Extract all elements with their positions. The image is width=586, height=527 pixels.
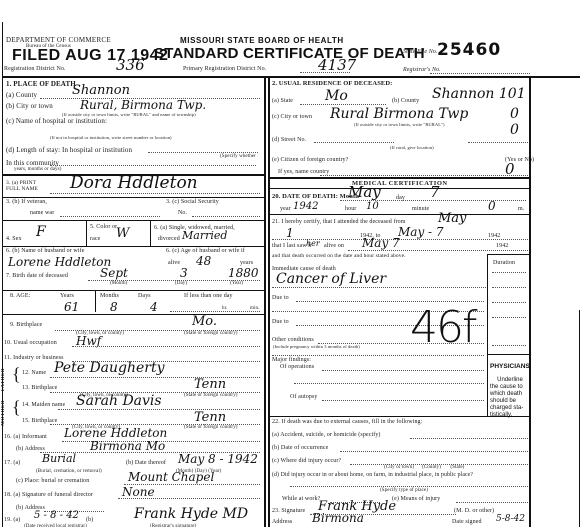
- birthplace-value: Mo.: [192, 314, 217, 329]
- residence-city-label: (c) City or town: [272, 114, 312, 120]
- immediate-cause-value: Cancer of Liver: [276, 271, 386, 287]
- registrar-signature-label: (b): [86, 517, 93, 523]
- informant-label: 16. (a) Informant: [4, 434, 47, 440]
- residence-street-note: (If rural, give location): [390, 145, 434, 150]
- color-value: W: [116, 226, 129, 241]
- birth-year-value: 1880: [228, 266, 259, 280]
- spouse-name-value: Lorene Hddleton: [8, 255, 111, 269]
- age-label: 8. AGE:: [10, 293, 30, 299]
- informant-value: Lorene Hddleton: [64, 426, 167, 440]
- date-of-death-year: 1942: [293, 201, 318, 212]
- burial-place-label: (c) Place: burial or cremation: [16, 478, 89, 484]
- certificate-title: STANDARD CERTIFICATE OF DEATH: [154, 45, 425, 62]
- birth-month-value: Sept: [100, 266, 128, 280]
- date-signed-value: 5-8-42: [496, 514, 525, 524]
- stay-note: (Specify whether: [220, 154, 256, 159]
- age-years-label: Years: [60, 293, 74, 299]
- hospital-label: (c) Name of hospital or institution:: [6, 117, 107, 125]
- operations-label: Of operations: [280, 364, 314, 370]
- mother-maiden-name-value: Sarah Davis: [76, 393, 162, 409]
- mother-birthplace-caption-state: (State or foreign country): [184, 425, 238, 430]
- marital-status-value: Married: [182, 229, 227, 242]
- hr-label: hr.: [222, 306, 227, 311]
- while-at-work-label: While at work?: [282, 496, 320, 502]
- foreign-citizen-label: (e) Citizen of foreign country?: [272, 157, 348, 163]
- date-of-death-minute-label: minute: [412, 206, 429, 212]
- color-label: 5. Color or: [90, 224, 117, 230]
- last-saw-year: 1942: [496, 243, 508, 249]
- date-of-death-label: 20. DATE OF DEATH: Month: [272, 193, 359, 200]
- residence-street-label: (d) Street No.: [272, 137, 306, 143]
- veteran-label: 3. (b) If veteran,: [6, 199, 47, 205]
- residence-state-label: (a) State: [272, 98, 293, 104]
- stay-label: (d) Length of stay: In hospital or insti…: [6, 146, 132, 154]
- ssn-no-label: No.: [178, 210, 187, 216]
- physicians-line-1: Underline: [490, 377, 530, 384]
- father-name-label: 12. Name: [22, 370, 46, 376]
- due-to-label-2: Due to: [272, 319, 289, 325]
- other-conditions-label: Other conditions: [272, 337, 314, 343]
- funeral-director-value: None: [122, 485, 155, 499]
- md-label: (M. D. or other): [454, 508, 494, 514]
- filed-date-value: 5 - 8 - 42: [34, 510, 79, 521]
- ssn-label: 3. (c) Social Security: [166, 199, 219, 205]
- physicians-line-3: which death: [490, 391, 530, 398]
- external-causes-label: 22. If death was due to external causes,…: [272, 419, 422, 425]
- attendance-from-day: 1: [286, 226, 294, 240]
- where-injury-caption: (City or town) (County) (State): [384, 465, 464, 470]
- birth-year-caption: (Year): [230, 281, 243, 286]
- board-label: MISSOURI STATE BOARD OF HEALTH: [180, 36, 344, 45]
- father-brace: {: [12, 364, 21, 385]
- specify-place-caption: (Specify type of place): [380, 488, 428, 493]
- father-birthplace-value: Tenn: [194, 377, 226, 392]
- date-of-death-year-label: year: [280, 206, 291, 212]
- spouse-alive-label: alive: [168, 260, 180, 266]
- date-of-death-minute: 0: [488, 199, 496, 213]
- residence-county-value: Shannon 101: [432, 86, 526, 102]
- physicians-line-2: the cause to: [490, 384, 530, 391]
- age-months-label: Months: [100, 293, 119, 299]
- burial-label: 17. (a): [4, 460, 20, 466]
- usual-residence-label: 2. USUAL RESIDENCE OF DECEASED:: [272, 80, 392, 87]
- alive-on-label: alive on: [324, 243, 344, 249]
- primary-registration-label: Primary Registration District No.: [183, 66, 266, 72]
- less-than-day-label: If less than one day: [184, 293, 233, 299]
- death-city-value: Rural, Birmona Twp.: [80, 98, 206, 112]
- father-name-value: Pete Daugherty: [54, 360, 165, 376]
- death-city-label: (b) City or town: [6, 102, 53, 110]
- physicians-line-4: should be: [490, 398, 530, 405]
- spouse-name-label: 6. (b) Name of husband or wife: [6, 248, 84, 254]
- residence-city-mark: 0: [510, 106, 519, 122]
- sex-value: F: [36, 224, 46, 240]
- birthplace-label: 9. Birthplace: [10, 322, 42, 328]
- birth-month-caption: (Month): [110, 281, 127, 286]
- residence-city-value: Rural Birmona Twp: [330, 106, 468, 122]
- burial-date-value: May 8 - 1942: [178, 452, 258, 466]
- residence-street-mark: 0: [510, 122, 519, 138]
- community-note: years, months or days): [14, 167, 61, 172]
- mother-maiden-name-label: 14. Maiden name: [22, 402, 65, 408]
- sex-label: 4. Sex: [6, 236, 22, 242]
- registrar-signature-value: Frank Hyde MD: [134, 506, 248, 522]
- occupation-label: 10. Usual occupation: [4, 340, 57, 346]
- date-of-death-hour-label: hour: [345, 206, 356, 212]
- burial-place-value: Mount Chapel: [128, 470, 214, 484]
- date-of-death-hour: 10: [366, 201, 379, 212]
- certification-statement: and that death occurred on the date and …: [272, 253, 406, 259]
- physicians-heading: PHYSICIANS: [490, 363, 530, 370]
- state-file-label: State File No.: [403, 49, 438, 55]
- full-name-label-b: FULL NAME: [6, 186, 38, 192]
- accident-label: (a) Accident, suicide, or homicide (spec…: [272, 432, 381, 438]
- state-file-number: 25460: [437, 40, 501, 60]
- date-of-death-m: m.: [518, 206, 524, 212]
- birthplace-caption-state: (State or foreign country): [184, 331, 238, 336]
- duration-label: Duration: [493, 260, 515, 266]
- age-days-value: 4: [150, 300, 158, 314]
- mother-birthplace-value: Tenn: [194, 410, 226, 425]
- residence-state-value: Mo: [325, 88, 348, 104]
- funeral-director-label: 18. (a) Signature of funeral director: [4, 492, 93, 498]
- filed-date-label: 19. (a): [4, 517, 20, 523]
- last-saw-pronoun: her: [306, 239, 320, 248]
- physicians-line-5: charged sta-: [490, 405, 530, 412]
- physicians-note: PHYSICIANS Underline the cause to which …: [490, 363, 530, 419]
- major-findings-label: Major findings:: [272, 357, 311, 363]
- father-vertical-label: FATHER: [1, 368, 6, 391]
- date-occurrence-label: (b) Date of occurrence: [272, 445, 328, 451]
- attendance-to-value: May - 7: [398, 225, 444, 239]
- autopsy-label: Of autopsy: [290, 394, 318, 400]
- birth-date-label: 7. Birth date of deceased: [6, 273, 68, 279]
- date-of-death-day: 7: [430, 183, 440, 201]
- other-conditions-note: (Include pregnancy within 3 months of de…: [273, 344, 360, 349]
- mother-brace: {: [12, 397, 21, 418]
- where-injury-label: (c) Where did injury occur?: [272, 458, 341, 464]
- date-of-death-month: May: [348, 183, 381, 201]
- place-of-death-label: 1. PLACE OF DEATH: [6, 80, 76, 88]
- age-years-value: 61: [64, 300, 79, 314]
- spouse-age-value: 48: [196, 254, 211, 268]
- death-county-label: (a) County: [6, 91, 37, 99]
- attendance-from-month: May: [438, 211, 466, 226]
- physician-address-value: Birmona: [312, 511, 364, 525]
- registration-district-value: 336: [116, 56, 145, 74]
- date-signed-label: Date signed: [452, 519, 482, 525]
- attendance-cert-label: 21. I hereby certify, that I attended th…: [272, 219, 406, 225]
- divorced-label: divorced: [158, 236, 180, 242]
- father-birthplace-label: 13. Birthplace: [22, 385, 57, 391]
- residence-county-label: (b) County: [392, 98, 419, 104]
- mother-vertical-label: MOTHER: [1, 400, 6, 426]
- residence-city-note: (If outside city or town limits, write "…: [354, 122, 445, 127]
- full-name-value: Dora Hddleton: [70, 173, 198, 193]
- burial-date-label: (b) Date thereof: [126, 460, 166, 466]
- min-label: min.: [250, 306, 259, 311]
- father-birthplace-caption-state: (State or foreign country): [184, 393, 238, 398]
- physician-address-label: Address: [272, 519, 292, 525]
- last-saw-value: May 7: [362, 236, 400, 250]
- burial-caption: (Burial, cremation, or removal): [36, 469, 102, 474]
- means-of-injury-label: (e) Means of injury: [392, 496, 440, 502]
- registration-district-label: Registration District No.: [4, 66, 66, 72]
- race-label: race: [90, 236, 100, 242]
- burial-value: Burial: [42, 452, 76, 465]
- birth-day-caption: (Day): [175, 281, 187, 286]
- due-to-label-1: Due to: [272, 295, 289, 301]
- department-label: DEPARTMENT OF COMMERCE: [6, 36, 111, 44]
- age-months-value: 8: [110, 300, 118, 314]
- hospital-note: (If not in hospital or institution, writ…: [50, 135, 172, 140]
- coding-mark: 46f: [410, 302, 475, 353]
- informant-address-value: Birmona Mo: [90, 439, 165, 453]
- birth-day-value: 3: [180, 266, 188, 280]
- age-days-label: Days: [138, 293, 151, 299]
- veteran-war-label: name war: [30, 210, 54, 216]
- physician-signature-label: 23. Signature: [272, 508, 305, 514]
- injury-place-label: (d) Did injury occur in or about home, o…: [272, 472, 473, 478]
- death-county-value: Shannon: [72, 83, 130, 98]
